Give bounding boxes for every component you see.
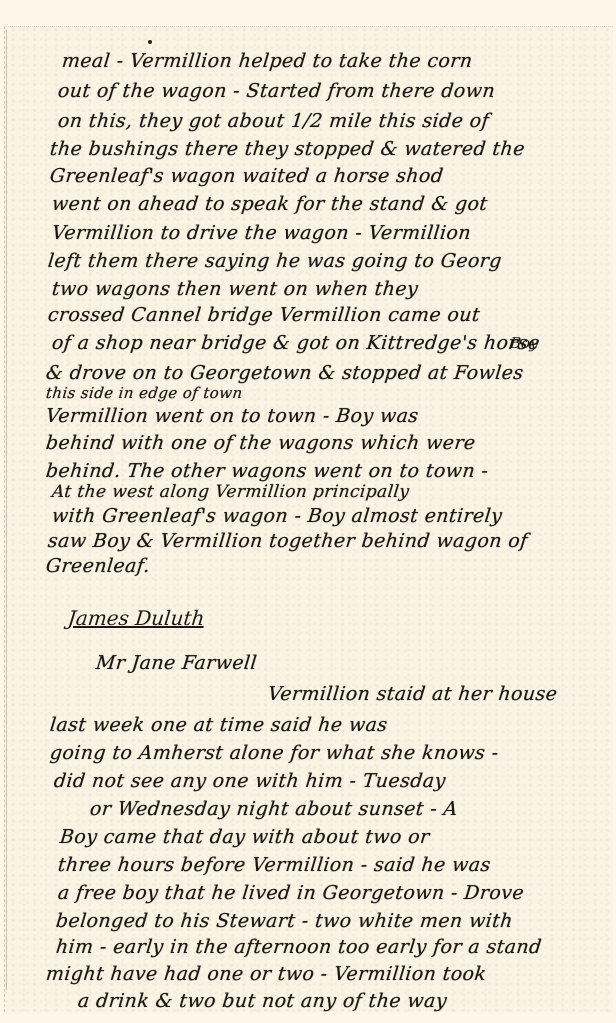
text-line: & drove on to Georgetown & stopped at Fo…	[45, 362, 616, 384]
text-line: Boy came that day with about two or	[59, 826, 616, 848]
text-line: At the west along Vermillion principally	[51, 482, 616, 502]
text-line: with Greenleaf's wagon - Boy almost enti…	[51, 505, 616, 527]
text-line: the bushings there they stopped & watere…	[49, 138, 616, 160]
text-line: a free boy that he lived in Georgetown -…	[57, 882, 616, 904]
struck-heading: James Duluth	[67, 606, 206, 630]
text-line: belonged to his Stewart - two white men …	[55, 910, 616, 932]
text-line: going to Amherst alone for what she know…	[49, 742, 616, 764]
left-margin-edge	[6, 30, 27, 990]
text-line: Greenleaf.	[45, 555, 616, 577]
text-line: a drink & two but not any of the way	[77, 990, 616, 1012]
insertion-text: Boy	[509, 334, 539, 352]
text-line: left them there saying he was going to G…	[47, 250, 616, 272]
text-line: behind. The other wagons went on to town…	[45, 460, 616, 482]
text-line: crossed Cannel bridge Vermillion came ou…	[47, 304, 616, 326]
text-line: might have had one or two - Vermillion t…	[45, 963, 616, 985]
text-line: behind with one of the wagons which were	[45, 432, 616, 454]
text-line: went on ahead to speak for the stand & g…	[51, 193, 616, 215]
text-line: saw Boy & Vermillion together behind wag…	[47, 530, 616, 552]
text-line: meal - Vermillion helped to take the cor…	[61, 50, 616, 72]
text-line: Vermillion staid at her house	[267, 683, 616, 705]
section-title: Mr Jane Farwell	[95, 652, 616, 674]
text-line: did not see any one with him - Tuesday	[53, 770, 616, 792]
text-line: Vermillion went on to town - Boy was	[45, 405, 616, 427]
text-line: last week one at time said he was	[49, 714, 616, 736]
text-line: on this, they got about 1/2 mile this si…	[57, 110, 616, 132]
text-line: Vermillion to drive the wagon - Vermilli…	[51, 222, 616, 244]
text-line: him - early in the afternoon too early f…	[55, 936, 616, 958]
text-line: this side in edge of town	[45, 384, 616, 402]
ink-blot	[148, 40, 152, 44]
text-line: out of the wagon - Started from there do…	[57, 80, 616, 102]
manuscript-page: meal - Vermillion helped to take the cor…	[0, 0, 616, 1023]
text-line: two wagons then went on when they	[51, 278, 616, 300]
text-line: three hours before Vermillion - said he …	[57, 854, 616, 876]
text-line: Greenleaf's wagon waited a horse shod	[49, 165, 616, 187]
text-line: or Wednesday night about sunset - A	[89, 798, 616, 820]
